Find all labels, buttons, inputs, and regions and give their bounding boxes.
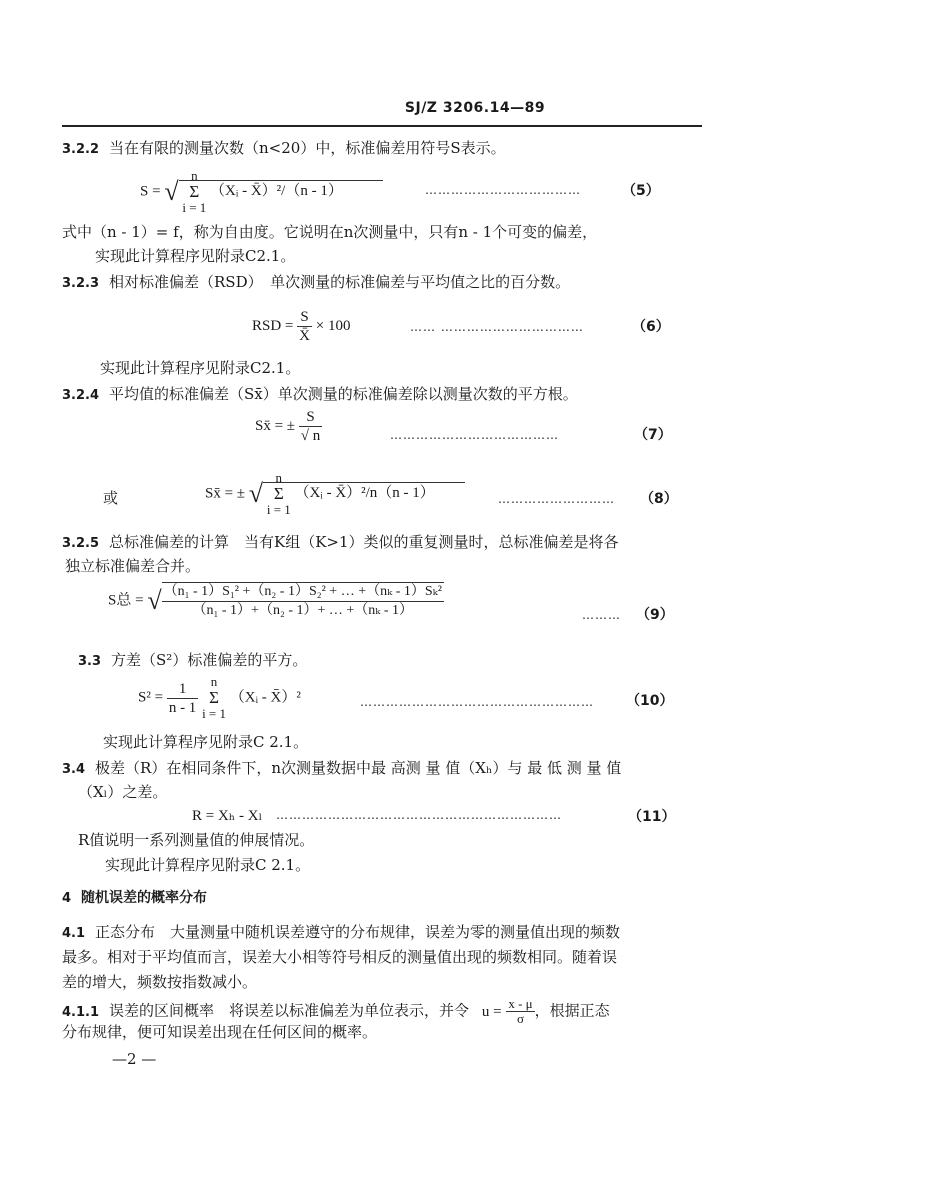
section-3-4-note: R值说明一系列测量值的伸展情况。 <box>78 830 314 850</box>
formula-7: Sx̄ = ± S√ n <box>255 408 322 445</box>
formula-body: （Xᵢ - X̄）²/（n - 1） <box>210 183 343 199</box>
equation-number-11: （11） <box>628 806 675 826</box>
or-label: 或 <box>103 488 118 508</box>
section-4-1-line3: 差的增大，频数按指数减小。 <box>62 972 257 992</box>
equation-number-7: （7） <box>634 424 672 444</box>
section-3-3-appendix-ref: 实现此计算程序见附录C 2.1。 <box>103 732 308 752</box>
section-3-2-2-heading: 3.2.2当在有限的测量次数（n<20）中，标准偏差用符号S表示。 <box>62 138 506 160</box>
section-4-1-line1: 4.1正态分布 大量测量中随机误差遵守的分布规律，误差为零的测量值出现的频数 <box>62 922 620 944</box>
section-number: 3.2.2 <box>62 142 99 157</box>
section-3-2-2-appendix-ref: 实现此计算程序见附录C2.1。 <box>95 246 295 266</box>
section-3-2-3-heading: 3.2.3相对标准偏差（RSD） 单次测量的标准偏差与平均值之比的百分数。 <box>62 272 570 294</box>
section-3-4-appendix-ref: 实现此计算程序见附录C 2.1。 <box>105 855 310 875</box>
formula-9: S总 = √ （n₁ - 1）S₁² +（n₂ - 1）S₂² + … +（nₖ… <box>108 582 444 620</box>
section-3-4-line2: （Xₗ）之差。 <box>78 782 167 802</box>
sqrt-icon: √ <box>164 177 178 206</box>
leader-dots: ……………………………… <box>425 183 581 197</box>
section-3-2-5-heading: 3.2.5总标准偏差的计算 当有K组（K>1）类似的重复测量时，总标准偏差是将各 <box>62 532 619 554</box>
leader-dots: ……………………… <box>498 492 615 506</box>
formula-8: Sx̄ = ± √ nΣi = 1 （Xᵢ - X̄）²/n（n - 1） <box>205 470 465 518</box>
formula-6: RSD = SX̄ × 100 <box>252 308 350 345</box>
equation-number-5: （5） <box>622 180 660 200</box>
leader-dots: …… …………………………… <box>410 320 584 334</box>
section-3-2-2-note: 式中（n - 1）= f，称为自由度。它说明在n次测量中，只有n - 1个可变的… <box>62 222 597 242</box>
document-code-header: SJ/Z 3206.14—89 <box>0 100 950 116</box>
section-4-heading: 4随机误差的概率分布 <box>62 888 207 909</box>
equation-number-9: （9） <box>636 604 674 624</box>
formula-11: R = Xₕ - Xₗ <box>192 806 262 825</box>
section-3-3-heading: 3.3方差（S²）标准偏差的平方。 <box>78 650 307 672</box>
sqrt-icon: √ <box>249 479 263 508</box>
sigma-sum: nΣi = 1 <box>182 168 206 216</box>
leader-dots: ………………………………………………………… <box>276 808 562 822</box>
section-4-1-1-line2: 分布规律，便可知误差出现在任何区间的概率。 <box>62 1022 377 1042</box>
section-3-2-5-line2: 独立标准偏差合并。 <box>65 556 200 576</box>
leader-dots: ………………………………… <box>390 428 559 442</box>
formula-lhs: S = <box>140 183 161 199</box>
equation-number-10: （10） <box>626 690 673 710</box>
section-4-1-line2: 最多。相对于平均值而言，误差大小相等符号相反的测量值出现的频数相同。随着误 <box>62 947 617 967</box>
equation-number-8: （8） <box>640 488 678 508</box>
equation-number-6: （6） <box>632 316 670 336</box>
section-text: 当在有限的测量次数（n<20）中，标准偏差用符号S表示。 <box>109 139 506 157</box>
section-3-2-4-heading: 3.2.4平均值的标准偏差（Sx̄）单次测量的标准偏差除以测量次数的平方根。 <box>62 384 578 406</box>
leader-dots: ……………………………………………… <box>360 695 594 709</box>
formula-10: S² = 1n - 1 nΣi = 1 （Xᵢ - X̄）² <box>138 674 301 722</box>
section-3-2-3-appendix-ref: 实现此计算程序见附录C2.1。 <box>100 358 300 378</box>
header-rule <box>62 125 702 127</box>
section-3-4-heading: 3.4极差（R）在相同条件下，n次测量数据中最 高测 量 值（Xₕ）与 最 低 … <box>62 758 621 780</box>
formula-5: S = √ nΣi = 1 （Xᵢ - X̄）²/（n - 1） <box>140 168 383 216</box>
page-number: —2 — <box>112 1050 156 1068</box>
leader-dots: ……… <box>582 608 621 622</box>
sqrt-icon: √ <box>147 586 161 615</box>
